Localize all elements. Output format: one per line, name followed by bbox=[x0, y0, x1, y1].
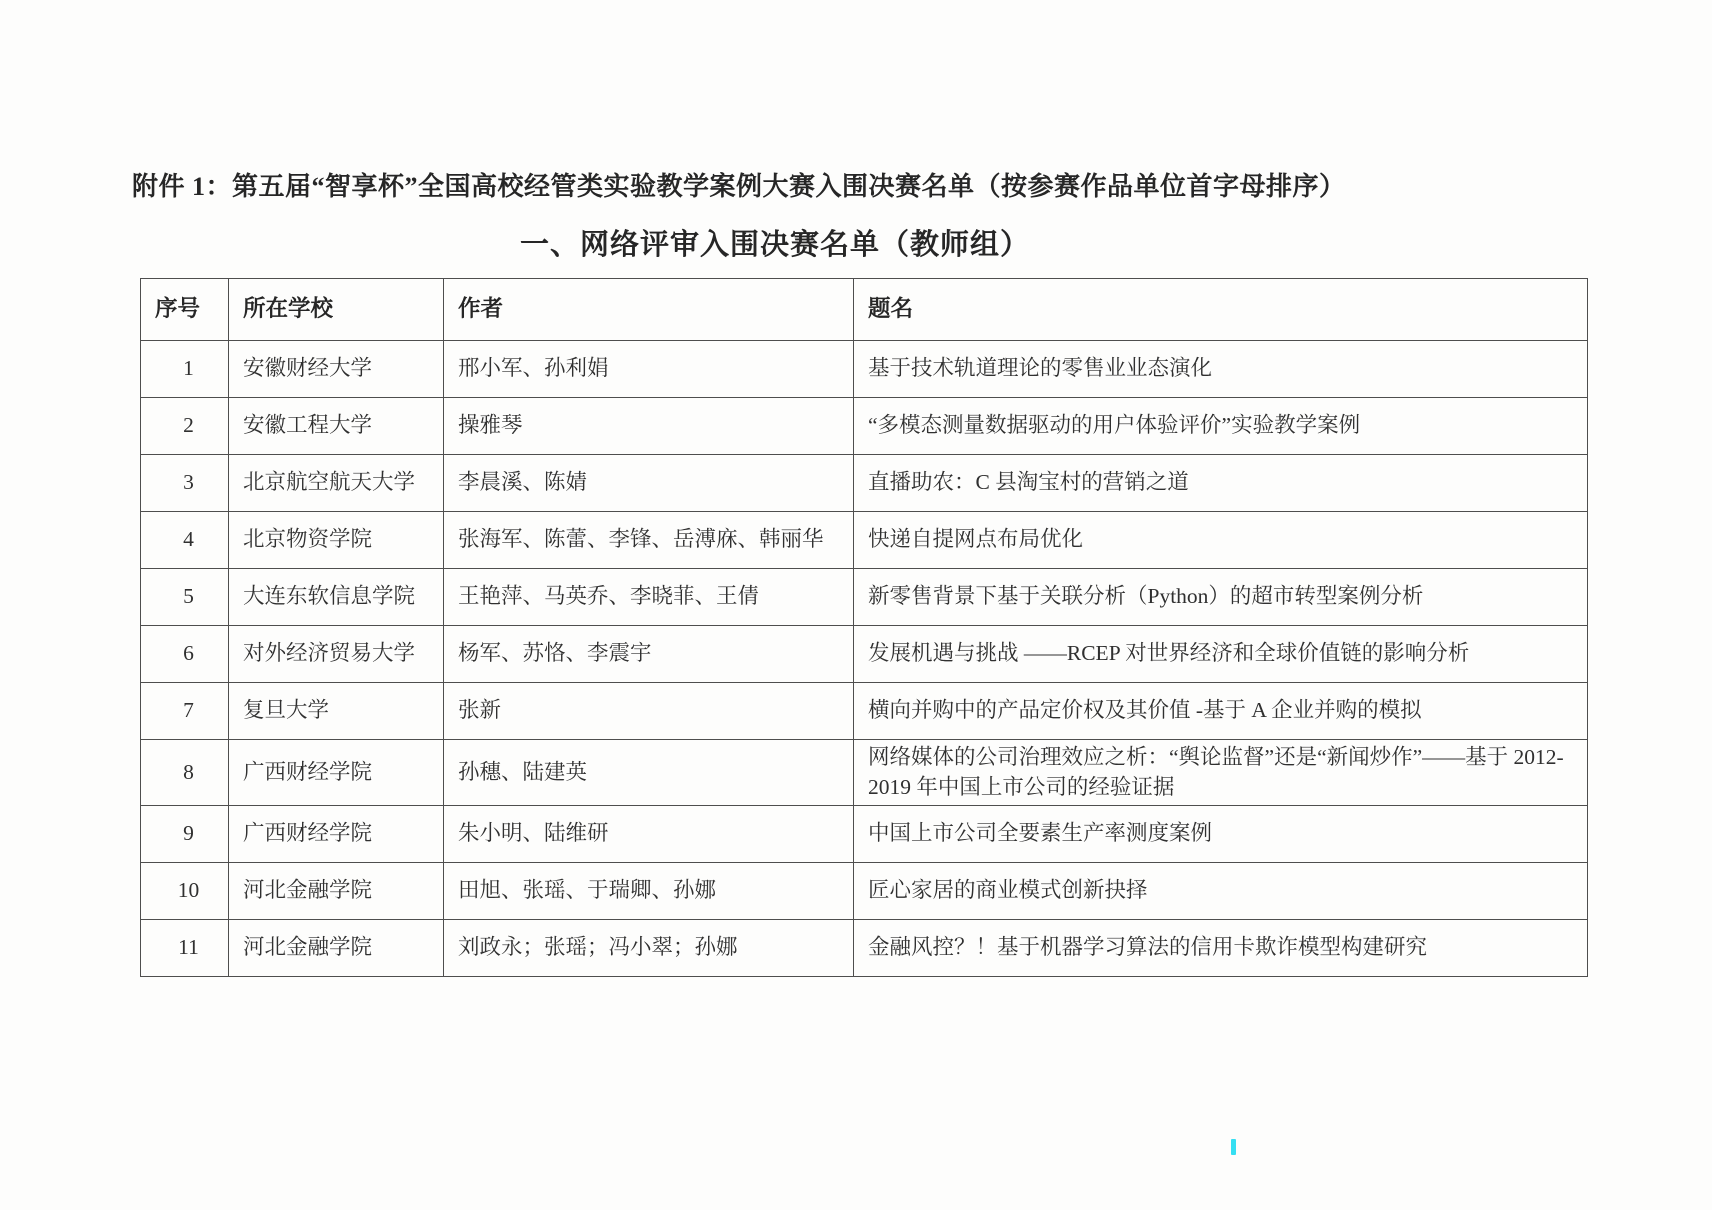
cell-authors: 张新 bbox=[444, 683, 854, 740]
cell-school: 河北金融学院 bbox=[229, 863, 444, 920]
cell-no: 9 bbox=[141, 806, 229, 863]
cell-authors: 田旭、张瑶、于瑞卿、孙娜 bbox=[444, 863, 854, 920]
attachment-title: 附件 1：第五届“智享杯”全国高校经管类实验教学案例大赛入围决赛名单（按参赛作品… bbox=[132, 166, 1592, 203]
cell-authors: 张海军、陈蕾、李锋、岳溥庥、韩丽华 bbox=[444, 512, 854, 569]
cell-authors: 杨军、苏恪、李震宇 bbox=[444, 626, 854, 683]
cell-no: 10 bbox=[141, 863, 229, 920]
cell-title: 网络媒体的公司治理效应之析：“舆论监督”还是“新闻炒作”——基于 2012-20… bbox=[854, 740, 1588, 806]
cell-title: 新零售背景下基于关联分析（Python）的超市转型案例分析 bbox=[854, 569, 1588, 626]
cell-title: 横向并购中的产品定价权及其价值 -基于 A 企业并购的模拟 bbox=[854, 683, 1588, 740]
document-page: 附件 1：第五届“智享杯”全国高校经管类实验教学案例大赛入围决赛名单（按参赛作品… bbox=[0, 0, 1712, 1210]
cell-authors: 李晨溪、陈婧 bbox=[444, 455, 854, 512]
cell-authors: 朱小明、陆维研 bbox=[444, 806, 854, 863]
cell-school: 广西财经学院 bbox=[229, 740, 444, 806]
cell-school: 广西财经学院 bbox=[229, 806, 444, 863]
cell-title: 匠心家居的商业模式创新抉择 bbox=[854, 863, 1588, 920]
cell-school: 北京物资学院 bbox=[229, 512, 444, 569]
table-row: 8广西财经学院孙穗、陆建英网络媒体的公司治理效应之析：“舆论监督”还是“新闻炒作… bbox=[141, 740, 1588, 806]
cell-no: 7 bbox=[141, 683, 229, 740]
cell-title: 发展机遇与挑战 ——RCEP 对世界经济和全球价值链的影响分析 bbox=[854, 626, 1588, 683]
cell-authors: 刘政永；张瑶；冯小翠；孙娜 bbox=[444, 920, 854, 977]
cell-no: 3 bbox=[141, 455, 229, 512]
cell-school: 北京航空航天大学 bbox=[229, 455, 444, 512]
table-row: 11河北金融学院刘政永；张瑶；冯小翠；孙娜金融风控？！基于机器学习算法的信用卡欺… bbox=[141, 920, 1588, 977]
table-row: 2安徽工程大学操雅琴“多模态测量数据驱动的用户体验评价”实验教学案例 bbox=[141, 398, 1588, 455]
cell-title: 快递自提网点布局优化 bbox=[854, 512, 1588, 569]
cell-school: 复旦大学 bbox=[229, 683, 444, 740]
cell-no: 11 bbox=[141, 920, 229, 977]
table-row: 3北京航空航天大学李晨溪、陈婧直播助农：C 县淘宝村的营销之道 bbox=[141, 455, 1588, 512]
header-cell-authors: 作者 bbox=[444, 279, 854, 341]
table-row: 4北京物资学院张海军、陈蕾、李锋、岳溥庥、韩丽华快递自提网点布局优化 bbox=[141, 512, 1588, 569]
cell-no: 2 bbox=[141, 398, 229, 455]
cell-school: 安徽财经大学 bbox=[229, 341, 444, 398]
cell-authors: 操雅琴 bbox=[444, 398, 854, 455]
cell-title: “多模态测量数据驱动的用户体验评价”实验教学案例 bbox=[854, 398, 1588, 455]
table-row: 5大连东软信息学院王艳萍、马英乔、李晓菲、王倩新零售背景下基于关联分析（Pyth… bbox=[141, 569, 1588, 626]
cell-title: 金融风控？！基于机器学习算法的信用卡欺诈模型构建研究 bbox=[854, 920, 1588, 977]
header-cell-title: 题名 bbox=[854, 279, 1588, 341]
scan-artifact-mark bbox=[1231, 1139, 1236, 1155]
cell-no: 8 bbox=[141, 740, 229, 806]
cell-school: 大连东软信息学院 bbox=[229, 569, 444, 626]
header-row: 序号 所在学校 作者 题名 bbox=[141, 279, 1588, 341]
cell-school: 河北金融学院 bbox=[229, 920, 444, 977]
header-cell-no: 序号 bbox=[141, 279, 229, 341]
header-cell-school: 所在学校 bbox=[229, 279, 444, 341]
table-row: 7复旦大学张新横向并购中的产品定价权及其价值 -基于 A 企业并购的模拟 bbox=[141, 683, 1588, 740]
cell-school: 安徽工程大学 bbox=[229, 398, 444, 455]
table-body: 1安徽财经大学邢小军、孙利娟基于技术轨道理论的零售业业态演化2安徽工程大学操雅琴… bbox=[141, 341, 1588, 977]
cell-title: 基于技术轨道理论的零售业业态演化 bbox=[854, 341, 1588, 398]
cell-title: 中国上市公司全要素生产率测度案例 bbox=[854, 806, 1588, 863]
cell-no: 6 bbox=[141, 626, 229, 683]
finalists-table: 序号 所在学校 作者 题名 1安徽财经大学邢小军、孙利娟基于技术轨道理论的零售业… bbox=[140, 278, 1588, 977]
table-row: 10河北金融学院田旭、张瑶、于瑞卿、孙娜匠心家居的商业模式创新抉择 bbox=[141, 863, 1588, 920]
cell-title: 直播助农：C 县淘宝村的营销之道 bbox=[854, 455, 1588, 512]
table-row: 9广西财经学院朱小明、陆维研中国上市公司全要素生产率测度案例 bbox=[141, 806, 1588, 863]
cell-no: 1 bbox=[141, 341, 229, 398]
table-row: 1安徽财经大学邢小军、孙利娟基于技术轨道理论的零售业业态演化 bbox=[141, 341, 1588, 398]
cell-authors: 孙穗、陆建英 bbox=[444, 740, 854, 806]
section-title: 一、网络评审入围决赛名单（教师组） bbox=[140, 222, 1410, 263]
table-header: 序号 所在学校 作者 题名 bbox=[141, 279, 1588, 341]
table-row: 6对外经济贸易大学杨军、苏恪、李震宇发展机遇与挑战 ——RCEP 对世界经济和全… bbox=[141, 626, 1588, 683]
cell-no: 5 bbox=[141, 569, 229, 626]
cell-no: 4 bbox=[141, 512, 229, 569]
cell-authors: 王艳萍、马英乔、李晓菲、王倩 bbox=[444, 569, 854, 626]
cell-school: 对外经济贸易大学 bbox=[229, 626, 444, 683]
cell-authors: 邢小军、孙利娟 bbox=[444, 341, 854, 398]
